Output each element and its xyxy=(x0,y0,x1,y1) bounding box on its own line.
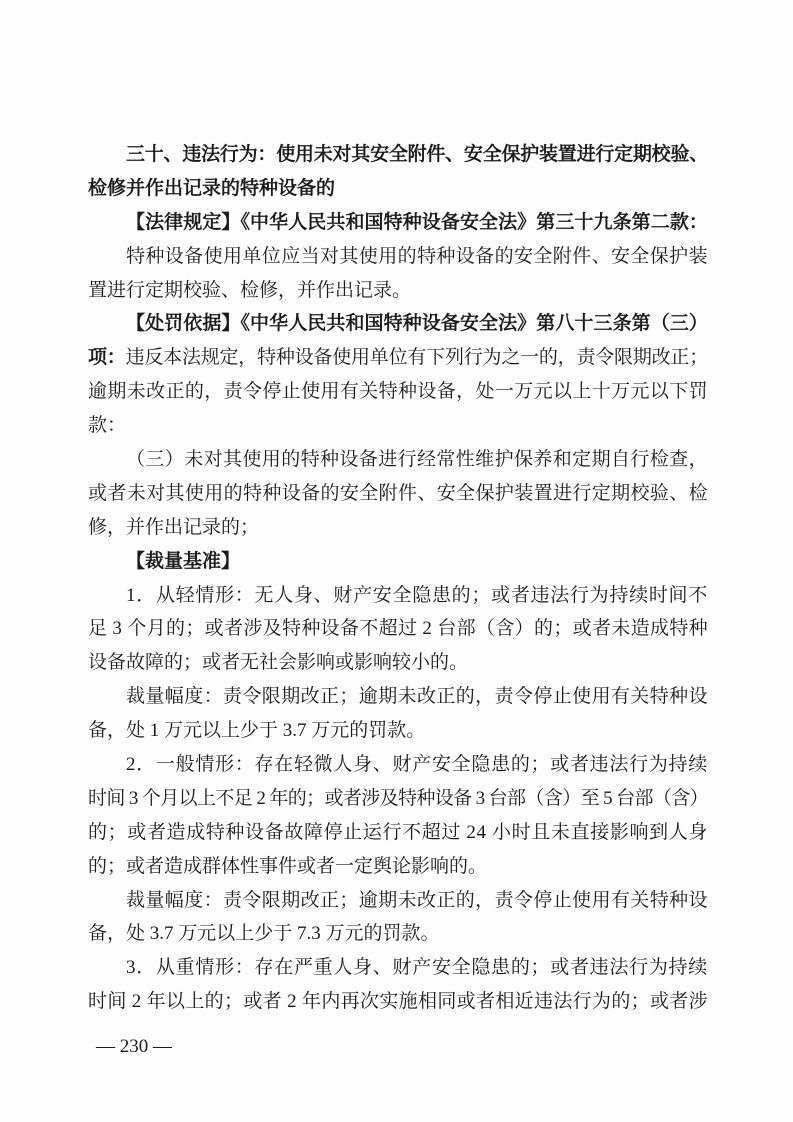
line-text: 备，处 1 万元以上少于 3.7 万元的罚款。 xyxy=(88,720,425,741)
text-segment: 1．从轻情形：无人身、财产安全隐患的；或者违法行为持续时间不 xyxy=(126,585,708,606)
text-segment: 的；或者造成特种设备故障停止运行不超过 24 小时且未直接影响到人身 xyxy=(88,822,708,843)
text-segment: 或者未对其使用的特种设备的安全附件、安全保护装置进行定期校验、检 xyxy=(88,483,708,504)
heading-line: 检修并作出记录的特种设备的 xyxy=(88,172,708,206)
line-text: 款： xyxy=(88,415,126,436)
text-segment: 逾期未改正的，责令停止使用有关特种设备，处一万元以上十万元以下罚 xyxy=(88,381,708,402)
text-segment: 设备故障的；或者无社会影响或影响较小的。 xyxy=(88,652,468,673)
text-segment: （三）未对其使用的特种设备进行经常性维护保养和定期自行检查， xyxy=(126,449,708,470)
text-segment: 置进行定期校验、检修，并作出记录。 xyxy=(88,280,411,301)
text-segment: 款： xyxy=(88,415,126,436)
text-segment: 修，并作出记录的； xyxy=(88,517,259,538)
text-line: 裁量幅度：责令限期改正；逾期未改正的，责令停止使用有关特种设 xyxy=(88,884,708,918)
text-segment: 3．从重情形：存在严重人身、财产安全隐患的；或者违法行为持续 xyxy=(126,957,708,978)
text-line: 款： xyxy=(88,409,708,443)
line-text: 【法律规定】《中华人民共和国特种设备安全法》第三十九条第二款： xyxy=(126,212,708,233)
line-text: 设备故障的；或者无社会影响或影响较小的。 xyxy=(88,652,468,673)
text-line: 设备故障的；或者无社会影响或影响较小的。 xyxy=(88,646,708,680)
text-line: 特种设备使用单位应当对其使用的特种设备的安全附件、安全保护装 xyxy=(88,240,708,274)
bold-text-segment: 【处罚依据】《中华人民共和国特种设备安全法》第八十三条第（三） xyxy=(126,313,708,334)
text-segment: 时间 3 个月以上不足 2 年的；或者涉及特种设备 3 台部（含）至 5 台部（… xyxy=(88,788,708,809)
text-segment: 2．一般情形：存在轻微人身、财产安全隐患的；或者违法行为持续 xyxy=(126,754,708,775)
text-segment: 时间 2 年以上的；或者 2 年内再次实施相同或者相近违法行为的；或者涉 xyxy=(88,991,708,1012)
text-line: 或者未对其使用的特种设备的安全附件、安全保护装置进行定期校验、检 xyxy=(88,477,708,511)
document-page: 三十、违法行为：使用未对其安全附件、安全保护装置进行定期校验、检修并作出记录的特… xyxy=(0,0,793,1122)
line-text: 备，处 3.7 万元以上少于 7.3 万元的罚款。 xyxy=(88,923,440,944)
line-text: 的；或者造成群体性事件或者一定舆论影响的。 xyxy=(88,856,487,877)
line-text: 时间 3 个月以上不足 2 年的；或者涉及特种设备 3 台部（含）至 5 台部（… xyxy=(88,788,708,809)
text-segment: 备，处 1 万元以上少于 3.7 万元的罚款。 xyxy=(88,720,425,741)
text-segment: 裁量幅度：责令限期改正；逾期未改正的，责令停止使用有关特种设 xyxy=(126,686,708,707)
text-line: 备，处 3.7 万元以上少于 7.3 万元的罚款。 xyxy=(88,917,708,951)
text-line: 时间 2 年以上的；或者 2 年内再次实施相同或者相近违法行为的；或者涉 xyxy=(88,985,708,1019)
text-line: 项：违反本法规定，特种设备使用单位有下列行为之一的，责令限期改正； xyxy=(88,341,708,375)
text-line: 【法律规定】《中华人民共和国特种设备安全法》第三十九条第二款： xyxy=(88,206,708,240)
text-line: 备，处 1 万元以上少于 3.7 万元的罚款。 xyxy=(88,714,708,748)
text-line: 修，并作出记录的； xyxy=(88,511,708,545)
bold-text-segment: 项： xyxy=(88,347,126,368)
line-text: 置进行定期校验、检修，并作出记录。 xyxy=(88,280,411,301)
line-text: 裁量幅度：责令限期改正；逾期未改正的，责令停止使用有关特种设 xyxy=(126,686,708,707)
text-line: （三）未对其使用的特种设备进行经常性维护保养和定期自行检查， xyxy=(88,443,708,477)
line-text: 的；或者造成特种设备故障停止运行不超过 24 小时且未直接影响到人身 xyxy=(88,822,708,843)
bold-text-segment: 【裁量基准】 xyxy=(126,551,240,572)
text-segment: 的；或者造成群体性事件或者一定舆论影响的。 xyxy=(88,856,487,877)
text-segment: 违反本法规定，特种设备使用单位有下列行为之一的，责令限期改正； xyxy=(126,347,708,368)
text-line: 的；或者造成特种设备故障停止运行不超过 24 小时且未直接影响到人身 xyxy=(88,816,708,850)
line-text: 足 3 个月的；或者涉及特种设备不超过 2 台部（含）的；或者未造成特种 xyxy=(88,618,708,639)
text-segment: 足 3 个月的；或者涉及特种设备不超过 2 台部（含）的；或者未造成特种 xyxy=(88,618,708,639)
text-line: 裁量幅度：责令限期改正；逾期未改正的，责令停止使用有关特种设 xyxy=(88,680,708,714)
text-segment: 备，处 3.7 万元以上少于 7.3 万元的罚款。 xyxy=(88,923,440,944)
line-text: 特种设备使用单位应当对其使用的特种设备的安全附件、安全保护装 xyxy=(126,246,708,267)
text-segment: 特种设备使用单位应当对其使用的特种设备的安全附件、安全保护装 xyxy=(126,246,708,267)
text-segment: 裁量幅度：责令限期改正；逾期未改正的，责令停止使用有关特种设 xyxy=(126,890,708,911)
bold-text-segment: 三十、违法行为：使用未对其安全附件、安全保护装置进行定期校验、 xyxy=(126,144,708,165)
line-text: 3．从重情形：存在严重人身、财产安全隐患的；或者违法行为持续 xyxy=(126,957,708,978)
line-text: 或者未对其使用的特种设备的安全附件、安全保护装置进行定期校验、检 xyxy=(88,483,708,504)
bold-text-segment: 检修并作出记录的特种设备的 xyxy=(88,178,335,199)
heading-line: 三十、违法行为：使用未对其安全附件、安全保护装置进行定期校验、 xyxy=(88,138,708,172)
line-text: （三）未对其使用的特种设备进行经常性维护保养和定期自行检查， xyxy=(126,449,708,470)
line-text: 裁量幅度：责令限期改正；逾期未改正的，责令停止使用有关特种设 xyxy=(126,890,708,911)
text-line: 时间 3 个月以上不足 2 年的；或者涉及特种设备 3 台部（含）至 5 台部（… xyxy=(88,782,708,816)
line-text: 2．一般情形：存在轻微人身、财产安全隐患的；或者违法行为持续 xyxy=(126,754,708,775)
text-line: 2．一般情形：存在轻微人身、财产安全隐患的；或者违法行为持续 xyxy=(88,748,708,782)
text-line: 1．从轻情形：无人身、财产安全隐患的；或者违法行为持续时间不 xyxy=(88,579,708,613)
text-line: 足 3 个月的；或者涉及特种设备不超过 2 台部（含）的；或者未造成特种 xyxy=(88,612,708,646)
text-line: 的；或者造成群体性事件或者一定舆论影响的。 xyxy=(88,850,708,884)
text-line: 置进行定期校验、检修，并作出记录。 xyxy=(88,274,708,308)
line-text: 【处罚依据】《中华人民共和国特种设备安全法》第八十三条第（三） xyxy=(126,313,708,334)
line-text: 逾期未改正的，责令停止使用有关特种设备，处一万元以上十万元以下罚 xyxy=(88,381,708,402)
document-body: 三十、违法行为：使用未对其安全附件、安全保护装置进行定期校验、检修并作出记录的特… xyxy=(88,138,708,1019)
text-line: 【处罚依据】《中华人民共和国特种设备安全法》第八十三条第（三） xyxy=(88,307,708,341)
line-text: 三十、违法行为：使用未对其安全附件、安全保护装置进行定期校验、 xyxy=(126,144,708,165)
line-text: 【裁量基准】 xyxy=(126,551,240,572)
page-number: — 230 — xyxy=(96,1036,172,1058)
bold-text-segment: 【法律规定】《中华人民共和国特种设备安全法》第三十九条第二款： xyxy=(126,212,708,233)
text-line: 3．从重情形：存在严重人身、财产安全隐患的；或者违法行为持续 xyxy=(88,951,708,985)
line-text: 时间 2 年以上的；或者 2 年内再次实施相同或者相近违法行为的；或者涉 xyxy=(88,991,708,1012)
line-text: 修，并作出记录的； xyxy=(88,517,259,538)
line-text: 检修并作出记录的特种设备的 xyxy=(88,178,335,199)
line-text: 1．从轻情形：无人身、财产安全隐患的；或者违法行为持续时间不 xyxy=(126,585,708,606)
text-line: 逾期未改正的，责令停止使用有关特种设备，处一万元以上十万元以下罚 xyxy=(88,375,708,409)
text-line: 【裁量基准】 xyxy=(88,545,708,579)
line-text: 项：违反本法规定，特种设备使用单位有下列行为之一的，责令限期改正； xyxy=(88,347,708,368)
